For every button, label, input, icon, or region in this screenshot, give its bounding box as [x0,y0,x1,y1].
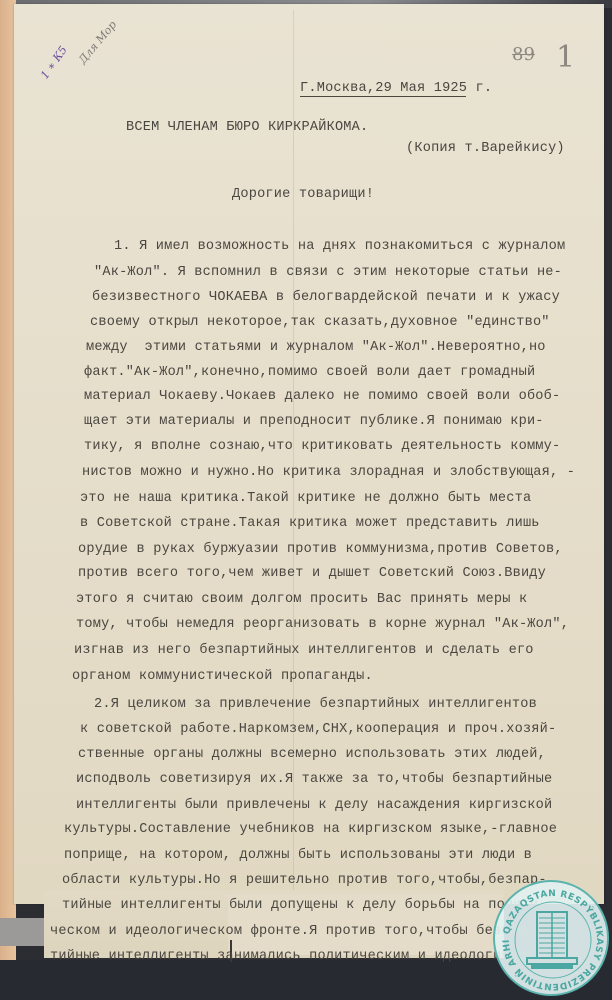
body-line: органом коммунистической пропаганды. [72,670,373,684]
body-line: культуры.Составление учебников на киргиз… [64,823,557,837]
document-page [14,4,604,904]
body-line: ственные органы должны всемерно использо… [78,748,546,762]
body-line: против всего того,чем живет и дышет Сове… [78,567,546,581]
body-line: тику, я вполне сознаю,что критиковать де… [84,440,560,454]
body-line: своему открыл некоторое,так сказать,духо… [90,316,550,330]
body-line: поприще, на котором, должны быть использ… [64,849,532,863]
date-line: Г.Москва,29 Мая 1925 г. [300,82,492,96]
body-line: щает эти материалы и преподносит публике… [84,415,544,429]
body-line: этого я считаю своим долгом просить Вас … [76,593,527,607]
archive-stamp: QAZAQSTAN RESPÝBLIKASY PREZIDENTINIŃ ARH… [493,880,609,996]
body-line: к советской работе.Наркомзем,СНХ,коопера… [80,723,556,737]
body-line: интеллигенты были привлечены к делу наса… [76,799,552,813]
svg-text:QAZAQSTAN RESPÝBLIKASY PREZIDE: QAZAQSTAN RESPÝBLIKASY PREZIDENTINIŃ ARH… [495,882,604,991]
body-line: материал Чокаеву.Чокаев далеко не помимо… [84,390,560,404]
body-line: в Советской стране.Такая критика может п… [80,517,540,531]
body-line: 1. Я имел возможность на днях познакомит… [114,240,565,254]
body-line: безизвестного ЧОКАЕВА в белогвардейской … [92,291,560,305]
addressee: ВСЕМ ЧЛЕНАМ БЮРО КИРКРАЙКОМА. [126,121,368,135]
page-number: 1 [556,40,575,75]
date-underline [300,96,466,97]
body-line: тийные интеллигенты были допущены к делу… [62,899,547,913]
building-icon: QAZAQSTAN RESPÝBLIKASY PREZIDENTINIŃ ARH… [495,882,611,998]
salutation: Дорогие товарищи! [232,188,374,202]
body-line: это не наша критика.Такой критике не дол… [80,492,531,506]
body-line: между этими статьями и журналом "Ак-Жол"… [86,341,546,355]
body-line: ческом и идеологическом фронте.Я против … [50,925,535,939]
body-line: нистов можно и нужно.Но критика злорадна… [82,466,575,480]
body-line: изгнав из него безпартийных интеллигенто… [74,644,534,658]
body-line: области культуры.Но я решительно против … [62,874,547,888]
body-line: орудие в руках буржуазии против коммуниз… [78,543,563,557]
body-line: 2.Я целиком за привлечение безпартийных … [94,698,537,712]
body-line: тому, чтобы немедля реорганизовать в кор… [76,618,569,632]
copy-note: (Копия т.Варейкису) [406,142,565,156]
struck-page-number: 89 [512,44,535,65]
body-line: "Ак-Жол". Я вспомнил в связи с этим неко… [94,266,562,280]
body-line: исподволь советизируя их.Я также за то,ч… [76,773,552,787]
body-line: факт."Ак-Жол",конечно,помимо своей воли … [84,366,535,380]
body-line: тийные интеллигенты занимались политичес… [50,950,551,964]
underlying-sheet [0,918,50,946]
